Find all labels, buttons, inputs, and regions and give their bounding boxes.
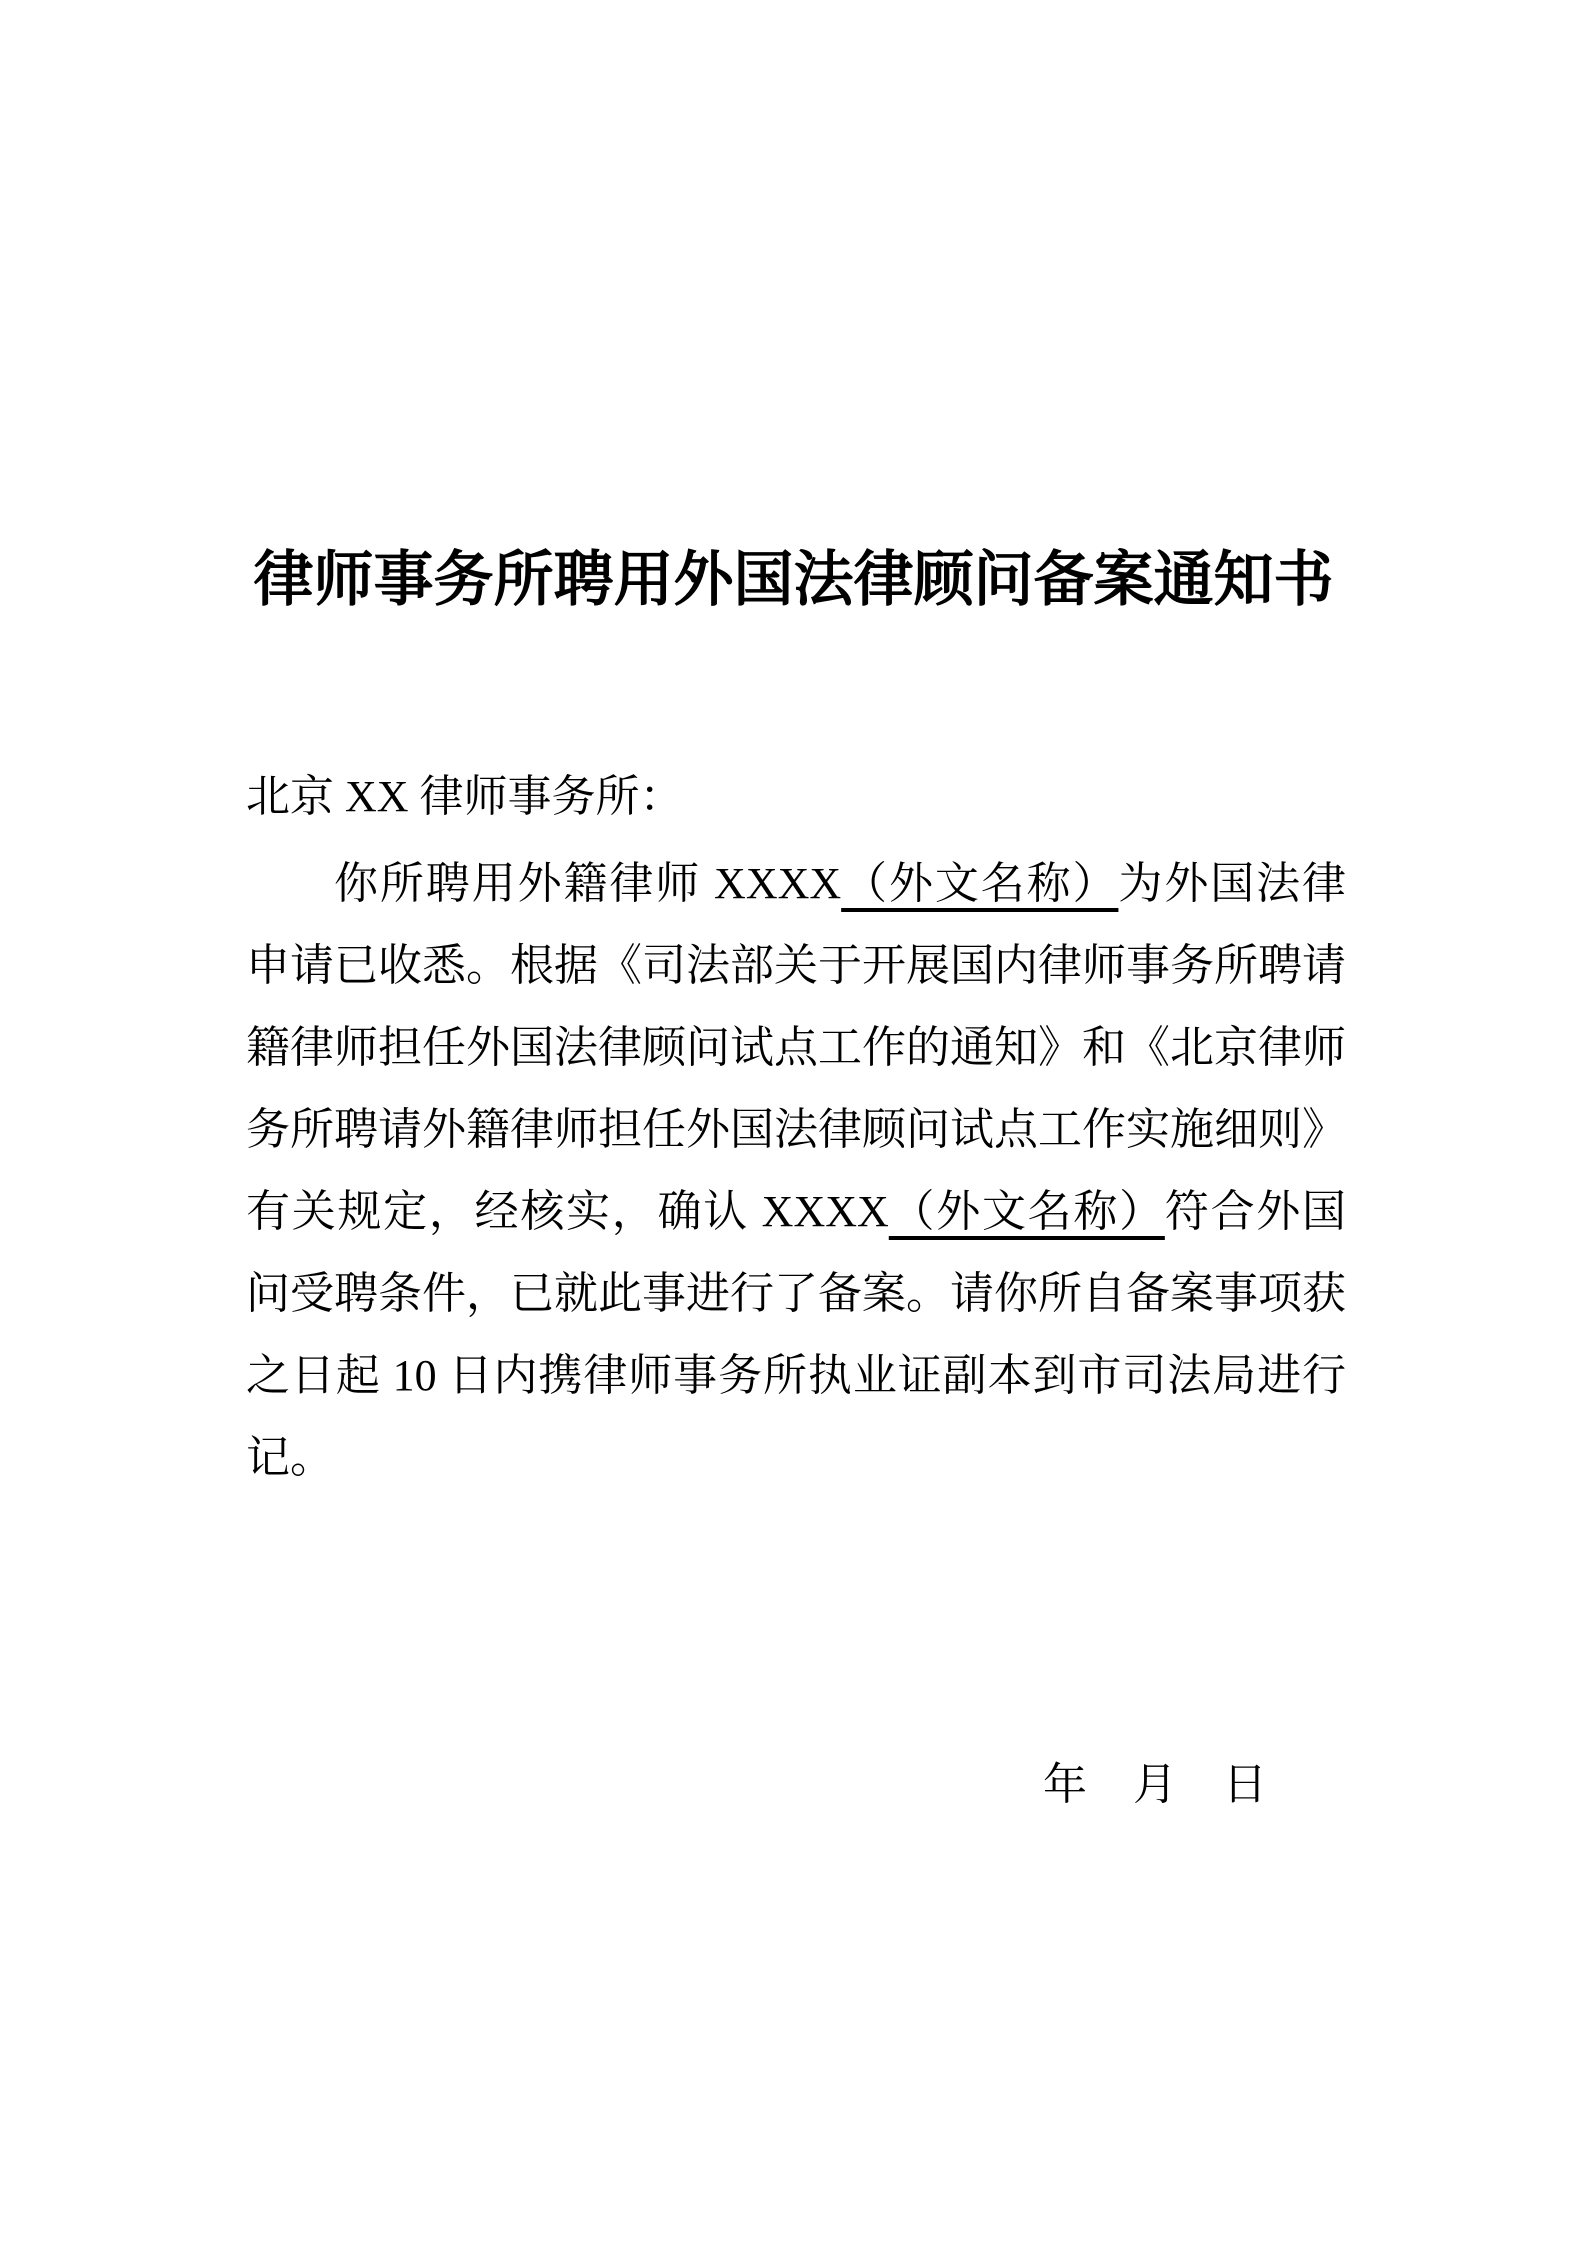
document-page: 律师事务所聘用外国法律顾问备案通知书 北京 XX 律师事务所： 你所聘用外籍律师… <box>0 0 1587 2245</box>
month-label: 月 <box>1133 1744 1177 1826</box>
line-2-text: 申请已收悉。根据《司法部关于开展国内律师事务所聘请外 <box>246 941 1346 1007</box>
line-6-text: 问受聘条件，已就此事进行了备案。请你所自备案事项获批 <box>246 1269 1346 1335</box>
date-line: 年 月 日 <box>1043 1744 1267 1826</box>
line-8-text: 记。 <box>246 1433 334 1482</box>
paragraph-line-5: 有关规定，经核实，确认 XXXX（外文名称）符合外国法律顾 <box>246 1171 1346 1253</box>
paragraph-line-4: 务所聘请外籍律师担任外国法律顾问试点工作实施细则》的 <box>246 1089 1346 1171</box>
line-5-text-before: 有关规定，经核实，确认 XXXX <box>246 1187 889 1236</box>
year-label: 年 <box>1043 1744 1087 1826</box>
foreign-name-underline-1: （外文名称） <box>841 859 1118 908</box>
paragraph-line-2: 申请已收悉。根据《司法部关于开展国内律师事务所聘请外 <box>246 925 1346 1007</box>
notice-title: 律师事务所聘用外国法律顾问备案通知书 <box>0 543 1587 617</box>
notice-body: 你所聘用外籍律师 XXXX（外文名称）为外国法律顾问的 申请已收悉。根据《司法部… <box>246 843 1346 1499</box>
paragraph-line-8: 记。 <box>246 1417 1346 1499</box>
line-1-text-before: 你所聘用外籍律师 XXXX <box>334 859 841 908</box>
paragraph-line-3: 籍律师担任外国法律顾问试点工作的通知》和《北京律师事 <box>246 1007 1346 1089</box>
line-3-text: 籍律师担任外国法律顾问试点工作的通知》和《北京律师事 <box>246 1023 1346 1089</box>
line-4-text: 务所聘请外籍律师担任外国法律顾问试点工作实施细则》的 <box>246 1105 1346 1171</box>
salutation-line: 北京 XX 律师事务所： <box>246 755 1346 839</box>
foreign-name-underline-2: （外文名称） <box>889 1187 1165 1236</box>
paragraph-line-7: 之日起 10 日内携律师事务所执业证副本到市司法局进行登 <box>246 1335 1346 1417</box>
line-7-text: 之日起 10 日内携律师事务所执业证副本到市司法局进行登 <box>246 1351 1346 1417</box>
paragraph-line-1: 你所聘用外籍律师 XXXX（外文名称）为外国法律顾问的 <box>246 843 1346 925</box>
day-label: 日 <box>1223 1744 1267 1826</box>
paragraph-line-6: 问受聘条件，已就此事进行了备案。请你所自备案事项获批 <box>246 1253 1346 1335</box>
